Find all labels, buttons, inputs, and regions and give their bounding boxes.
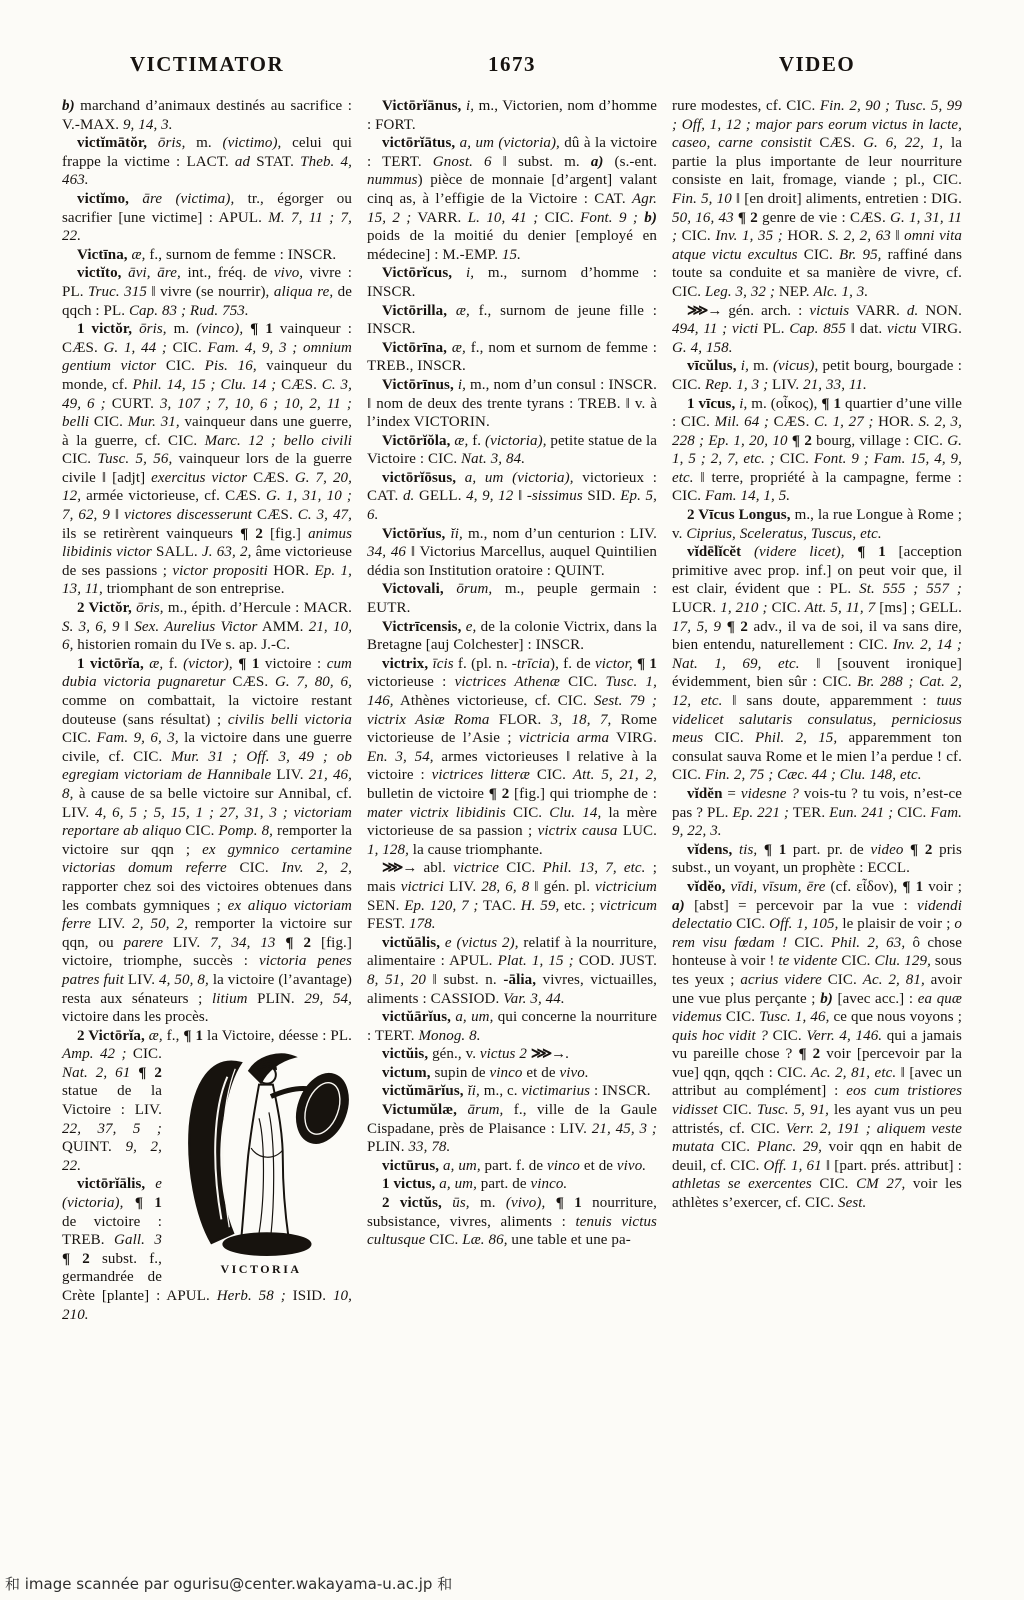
text-run: CIC. <box>156 358 204 374</box>
text-run: LIV. <box>124 972 159 988</box>
text-run: exercitus victor <box>151 470 247 486</box>
text-run: CIC. <box>530 767 573 783</box>
text-run: ils se retirèrent vainqueurs <box>62 526 240 542</box>
text-run: S. 2, 2, 63 <box>828 228 891 244</box>
text-run: G. 1, 44 ; <box>104 340 168 356</box>
dictionary-entry: victrix, īcis f. (pl. n. -trīcia), f. de… <box>367 655 657 860</box>
text-run: PLIN. <box>367 1139 408 1155</box>
dictionary-entry: 1 victŏr, ōris, m. (vinco), ¶ 1 vainqueu… <box>62 320 352 599</box>
text-run: (videre licet), <box>754 544 845 560</box>
text-run: part. pr. de <box>786 842 870 858</box>
text-run: LIV. <box>91 916 132 932</box>
winged-victory-drawing <box>171 1049 351 1257</box>
text-run: CIC. <box>677 228 715 244</box>
text-run: CÆS. <box>769 414 814 430</box>
text-run: et de <box>523 1065 560 1081</box>
text-run: CIC. <box>89 414 128 430</box>
text-run: 22, 37, 5 ; <box>62 1121 162 1137</box>
text-run: SALL. <box>152 544 202 560</box>
text-run: te vidente <box>778 953 837 969</box>
dictionary-entry: 2 Vīcus Longus, m., la rue Longue à Rome… <box>672 506 962 543</box>
text-run: a, um, <box>443 1158 481 1174</box>
text-run: a) <box>672 898 685 914</box>
text-run: Truc. 315 <box>88 284 147 300</box>
text-run: LIV. <box>271 767 308 783</box>
text-run: FEST. <box>367 916 409 932</box>
text-run: CIC. <box>798 247 839 263</box>
text-run: a, um (victoria), <box>465 470 574 486</box>
text-run: Tusc. 1, 46, <box>759 1009 829 1025</box>
text-run: ¶ 2 <box>138 1065 162 1081</box>
text-run: d. <box>403 488 414 504</box>
text-run: ĭi, <box>451 526 463 542</box>
text-run <box>545 1195 555 1211</box>
text-run: part. f. de <box>481 1158 547 1174</box>
text-run: gén. arch. : <box>721 303 809 319</box>
text-run: C. 1, 27 ; <box>814 414 873 430</box>
text-run: Ciprius, Sceleratus, Tuscus, etc. <box>686 526 881 542</box>
text-run: i, <box>466 98 474 114</box>
text-run: 1, 210 ; <box>720 600 767 616</box>
text-run: supin de <box>431 1065 490 1081</box>
text-run: St. 555 ; 557 ; <box>859 581 962 597</box>
text-run: CIC. <box>714 1139 757 1155</box>
text-run <box>457 1102 467 1118</box>
text-run: f., <box>163 1028 184 1044</box>
text-run: ¶ 1 <box>238 656 259 672</box>
dictionary-entry: 2 victŭs, ūs, m. (vivo), ¶ 1 nourriture,… <box>367 1194 657 1250</box>
text-run: Ep. 120, 7 ; <box>404 898 478 914</box>
entries-group: b) marchand d’animaux destinés au sacrif… <box>62 97 352 1027</box>
text-run: victu <box>887 321 917 337</box>
text-run: aliqua re, <box>274 284 333 300</box>
dictionary-entry: 2 Victŏr, ōris, m., épith. d’Hercule : M… <box>62 599 352 655</box>
text-run: Off. 1, 61 <box>764 1158 822 1174</box>
text-run: Clu. 14, <box>549 805 601 821</box>
text-run: la cause triomphante. <box>409 842 543 858</box>
text-run: Victōrīnus, <box>382 377 454 393</box>
text-run: Ep. 221 ; <box>732 805 789 821</box>
text-run: Plat. 1, 15 ; <box>498 953 574 969</box>
text-run: ¶ 1 <box>857 544 886 560</box>
dictionary-entry: ⋙→ gén. arch. : victuis VARR. d. NON. 49… <box>672 302 962 358</box>
text-run: ⋙→ <box>687 303 721 319</box>
text-run: ūs, <box>452 1195 469 1211</box>
dictionary-entry: vīcŭlus, i, m. (vicus), petit bourg, bou… <box>672 357 962 394</box>
text-run: victricium <box>595 879 657 895</box>
dictionary-entry: Victīna, æ, f., surnom de femme : INSCR. <box>62 246 352 265</box>
text-run: Inv. 2, 2, <box>281 860 352 876</box>
text-run: victoire : <box>259 656 326 672</box>
text-run: vĭdĕo, <box>687 879 726 895</box>
text-run: Victovali, <box>382 581 444 597</box>
text-run: -ālia, <box>503 972 536 988</box>
text-run: J. 63, 2, <box>202 544 251 560</box>
text-run: victricum <box>599 898 657 914</box>
text-run: a) <box>591 154 604 170</box>
text-run: victorieuse : <box>367 674 455 690</box>
text-run: historien romain du IVe s. ap. J.-C. <box>73 637 290 653</box>
dictionary-entry: Victōrĭānus, i, m., Victorien, nom d’hom… <box>367 97 657 134</box>
text-run: ¶ 2 <box>240 526 263 542</box>
text-run <box>732 842 739 858</box>
text-run: L. 10, 41 ; <box>468 210 539 226</box>
text-run: victrices litteræ <box>432 767 530 783</box>
text-run: TER. <box>789 805 829 821</box>
text-run: Fam. 9, 6, 3, <box>97 730 179 746</box>
column-1: b) marchand d’animaux destinés au sacrif… <box>62 97 352 1324</box>
text-run: Cap. 83 ; Rud. 753. <box>129 303 249 319</box>
dictionary-entry: Victovali, ōrum, m., peuple germain : EU… <box>367 580 657 617</box>
dictionary-entry: 1 victus, a, um, part. de vinco. <box>367 1175 657 1194</box>
entry-text: 2 Victōrĭa, æ, f., ¶ 1 la Victoire, <box>77 1028 275 1044</box>
victoria-illustration: VICTORIA <box>170 1049 352 1279</box>
text-run: ISID. <box>286 1288 333 1304</box>
text-run: Inv. 1, 35 ; <box>715 228 783 244</box>
text-run: gén., v. <box>428 1046 480 1062</box>
figure-caption: VICTORIA <box>170 1260 352 1279</box>
text-run: . <box>565 1046 569 1062</box>
text-run: = <box>723 786 741 802</box>
text-run: 9, 14, 3. <box>123 117 173 133</box>
text-run: 17, 5, 9 <box>672 619 721 635</box>
text-run: Eun. 241 ; <box>829 805 893 821</box>
text-run: [fig.] <box>263 526 308 542</box>
text-run: Sex. Aurelius Victor <box>134 619 257 635</box>
dictionary-entry: victŭālis, e (victus 2), relatif à la no… <box>367 934 657 1008</box>
text-run: Mur. 31, <box>128 414 180 430</box>
text-run: etc. ; <box>559 898 599 914</box>
text-run: ¶ 2 <box>489 786 510 802</box>
text-run: LIV. <box>163 935 210 951</box>
text-run: [ms] ; GELL. <box>875 600 962 616</box>
text-run <box>442 1195 452 1211</box>
text-run: 1 victus, <box>382 1176 435 1192</box>
text-run: victōrĭātus, <box>382 135 455 151</box>
text-run: [abst] = percevoir par la vue : <box>685 898 917 914</box>
text-run: Gall. 3 <box>114 1232 162 1248</box>
text-run: victūrus, <box>382 1158 439 1174</box>
text-run: ), f. de <box>550 656 595 672</box>
text-run: m., épith. d’Hercule : MACR. <box>164 600 352 616</box>
text-run: 7, 34, 13 <box>210 935 275 951</box>
text-run: f., surnom de femme : INSCR. <box>145 247 336 263</box>
text-run: īcis <box>432 656 453 672</box>
text-run: HOR. <box>873 414 918 430</box>
text-run: victor, <box>595 656 633 672</box>
text-run: ¶ 2 <box>62 1251 90 1267</box>
text-run: 2 Victŏr, <box>77 600 132 616</box>
text-run: : INSCR. <box>590 1083 651 1099</box>
text-run: CÆS. <box>247 470 295 486</box>
text-run: 33, 78. <box>408 1139 450 1155</box>
text-run: victrices Athenæ <box>455 674 560 690</box>
text-run: ce que nous voyons ; <box>829 1009 962 1025</box>
text-run <box>447 303 456 319</box>
text-run: ¶ 2 <box>727 619 748 635</box>
dictionary-page-body: b) marchand d’animaux destinés au sacrif… <box>0 77 1024 1324</box>
text-run: a, um (victoria), <box>460 135 560 151</box>
text-run: athletas se exercentes <box>672 1176 812 1192</box>
text-run: CIC. <box>227 860 282 876</box>
text-run: AMM. <box>257 619 308 635</box>
text-run: CIC. <box>506 805 549 821</box>
text-run: CIC. <box>722 1009 759 1025</box>
text-run: Victōrĭus, <box>382 526 445 542</box>
text-run: victĭto, <box>77 265 122 281</box>
text-run: Nat. 3, 84. <box>461 451 525 467</box>
text-run: victus 2 <box>480 1046 527 1062</box>
page-number: 1673 <box>367 52 657 77</box>
text-run: æ, <box>454 433 468 449</box>
text-run: a, um, <box>439 1176 477 1192</box>
text-run: 1 vīcus, <box>687 396 735 412</box>
text-run: Mil. 64 ; <box>715 414 769 430</box>
text-run: C. 3, 47, <box>298 507 352 523</box>
text-run: e <box>155 1176 162 1192</box>
text-run: vīcŭlus, <box>687 358 737 374</box>
text-run: victĭmo, <box>77 191 129 207</box>
dictionary-entry: b) marchand d’animaux destinés au sacrif… <box>62 97 352 134</box>
text-run: videsne ? <box>741 786 799 802</box>
text-run: æ, <box>132 247 146 263</box>
text-run: m. <box>185 135 222 151</box>
text-run: victrix causa <box>538 823 618 839</box>
text-run <box>845 544 858 560</box>
text-run: (vicus), <box>773 358 818 374</box>
text-run: victōrĭālis, <box>77 1176 145 1192</box>
text-run: i, <box>466 265 474 281</box>
text-run: æ, <box>456 303 470 319</box>
text-run: CIC. <box>768 600 805 616</box>
text-run: ¶ 2 <box>792 433 812 449</box>
dictionary-entry: victum, supin de vinco et de vivo. <box>367 1064 657 1083</box>
text-run: CIC. <box>181 823 218 839</box>
text-run: SID. <box>583 488 620 504</box>
text-run: b) <box>820 991 833 1007</box>
text-run: ¶ 1 <box>556 1195 582 1211</box>
text-run: victum, <box>382 1065 431 1081</box>
text-run: 2 victŭs, <box>382 1195 442 1211</box>
text-run: S. 3, 6, 9 <box>62 619 120 635</box>
text-run: ‖ <box>891 228 904 244</box>
text-run: armée victorieuse, cf. CÆS. <box>81 488 266 504</box>
text-run: d. <box>907 303 918 319</box>
text-run: CIC. <box>560 674 606 690</box>
text-run: victi <box>732 321 758 337</box>
text-run: (cf. εἶδον), <box>826 879 903 895</box>
text-run <box>757 842 764 858</box>
text-run: Br. 95, <box>839 247 882 263</box>
text-run: ¶ 1 <box>821 396 841 412</box>
text-run: ¶ 1 <box>902 879 923 895</box>
text-run: Herb. 58 ; <box>217 1288 286 1304</box>
text-run: ‖ <box>110 507 124 523</box>
text-run: 21, 45, 3 ; <box>592 1121 657 1137</box>
text-run: CIC. <box>822 972 863 988</box>
text-run: (victoria), <box>62 1195 124 1211</box>
text-run: Amp. 42 ; <box>62 1046 127 1062</box>
text-run: VIRG. <box>917 321 962 337</box>
text-run: victŭālis, <box>382 935 440 951</box>
text-run: le plaisir de voir ; <box>838 916 954 932</box>
text-run: Leg. 3, 32 ; <box>705 284 775 300</box>
text-run: Fin. 2, 75 ; Cæc. 44 ; Clu. 148, etc. <box>705 767 922 783</box>
dictionary-entry: victĭmo, āre (victima), tr., égorger ou … <box>62 190 352 246</box>
text-run: 1 victŏr, <box>77 321 132 337</box>
text-run: 1 victōrĭa, <box>77 656 144 672</box>
text-run: Marc. 12 ; bello civili <box>205 433 352 449</box>
text-run: NON. <box>918 303 962 319</box>
text-run: ārum, <box>467 1102 503 1118</box>
text-run: quis hoc vidit ? <box>672 1028 768 1044</box>
dictionary-entry: victōrĭātus, a, um (victoria), dû à la v… <box>367 134 657 264</box>
text-run: G. 4, 158. <box>672 340 733 356</box>
text-run <box>741 544 754 560</box>
dictionary-entry: victŭmārĭus, ĭi, m., c. victimarius : IN… <box>367 1082 657 1101</box>
text-run: HOR. <box>268 563 315 579</box>
text-run: Font. 9 ; <box>580 210 638 226</box>
text-run <box>452 265 466 281</box>
text-run <box>456 470 465 486</box>
text-run: CIC. <box>787 935 831 951</box>
text-run: Att. 5, 21, 2, <box>573 767 657 783</box>
text-run: Fam. 14, 1, 5. <box>705 488 790 504</box>
text-run: e (victus 2), <box>445 935 519 951</box>
text-run: m. <box>749 358 773 374</box>
text-run: vivo. <box>617 1158 646 1174</box>
text-run: CIC. <box>812 1176 856 1192</box>
text-run: CIC. <box>732 916 769 932</box>
text-run: (vinco), <box>196 321 243 337</box>
text-run: æ, <box>149 656 163 672</box>
text-run: victor propositi <box>172 563 267 579</box>
text-run: genre de vie : CÆS. <box>758 210 890 226</box>
text-run: la Victoire, <box>203 1028 275 1044</box>
text-run: æ, <box>452 340 466 356</box>
text-run: acrius videre <box>740 972 821 988</box>
text-run: m., nom d’un centurion : LIV. <box>463 526 657 542</box>
text-run: LIV. <box>444 879 481 895</box>
text-run: ‖ subst. n. <box>426 972 503 988</box>
text-run: ¶ 1 <box>637 656 657 672</box>
text-run: 2 Vīcus Longus, <box>687 507 791 523</box>
header-left-keyword: VICTIMATOR <box>62 52 352 77</box>
text-run: b) <box>62 98 75 114</box>
text-run: victŭis, <box>382 1046 428 1062</box>
text-run: Sest. <box>838 1195 866 1211</box>
text-run: NEP. <box>775 284 814 300</box>
text-run: CIC. <box>62 730 97 746</box>
text-run: m. <box>167 321 197 337</box>
text-run: ¶ 1 <box>764 842 786 858</box>
text-run: HOR. <box>783 228 828 244</box>
text-run: PLIN. <box>248 991 305 1007</box>
text-run: LUC. <box>618 823 658 839</box>
text-run: COD. JUST. <box>574 953 657 969</box>
text-run: Victōrīna, <box>382 340 447 356</box>
text-run: int., fréq. de <box>181 265 274 281</box>
text-run: Rep. 1, 3 ; <box>705 377 768 393</box>
text-run: Phil. 13, 7, etc. <box>543 860 646 876</box>
text-run <box>129 191 142 207</box>
dictionary-entry: Victōrilla, æ, f., surnom de jeune fille… <box>367 302 657 339</box>
text-run <box>124 1195 135 1211</box>
text-run: ōris, <box>136 600 164 616</box>
text-run: ad <box>235 154 250 170</box>
text-run: Clu. 129, <box>875 953 931 969</box>
text-run: GELL. <box>414 488 466 504</box>
text-run: Victīna, <box>77 247 128 263</box>
text-run: Tusc. 5, 91, <box>757 1102 829 1118</box>
text-run: 21, 33, 11. <box>803 377 867 393</box>
text-run: ‖ <box>120 619 135 635</box>
dictionary-entry: vĭdēlĭcĕt (videre licet), ¶ 1 [acception… <box>672 543 962 785</box>
text-run: Gnost. 6 <box>433 154 492 170</box>
text-run: victōrĭōsus, <box>382 470 456 486</box>
text-run: (s.-ent. <box>604 154 657 170</box>
dictionary-entry: rure modestes, cf. CIC. Fin. 2, 90 ; Tus… <box>672 97 962 302</box>
text-run: SEN. <box>367 898 404 914</box>
dictionary-entry: ⋙→ abl. victrice CIC. Phil. 13, 7, etc. … <box>367 859 657 933</box>
dictionary-entry: victōrĭōsus, a, um (victoria), victorieu… <box>367 469 657 525</box>
dictionary-entry: Victrīcensis, e, de la colonie Victrix, … <box>367 618 657 655</box>
text-run: bulletin de victoire <box>367 786 489 802</box>
text-run: QUINT. <box>62 1139 126 1155</box>
text-run: victŭmārĭus, <box>382 1083 464 1099</box>
text-run: (victor), <box>183 656 233 672</box>
text-run: Victōrilla, <box>382 303 447 319</box>
text-run: f. (pl. n. <box>454 656 512 672</box>
dictionary-entry: 1 victōrĭa, æ, f. (victor), ¶ 1 victoire… <box>62 655 352 1027</box>
dictionary-entry-victoria-goddess: 2 Victōrĭa, æ, f., ¶ 1 la Victoire, <box>62 1027 352 1176</box>
text-run <box>147 135 158 151</box>
text-run: CIC. <box>768 1028 806 1044</box>
text-run: e, <box>466 619 477 635</box>
dictionary-entry: vĭdens, tis, ¶ 1 part. pr. de video ¶ 2 … <box>672 841 962 878</box>
text-run: 3, 18, 7, <box>551 712 612 728</box>
header-right-keyword: VIDEO <box>672 52 962 77</box>
text-run: Att. 5, 11, 7 <box>805 600 876 616</box>
text-run: CIC. <box>62 451 97 467</box>
text-run: Off. 1, 105, <box>769 916 838 932</box>
dictionary-entry: Victōrīna, æ, f., nom et surnom de femme… <box>367 339 657 376</box>
dictionary-entry: Victōrīnus, i, m., nom d’un consul : INS… <box>367 376 657 432</box>
text-run: āvi, āre, <box>128 265 181 281</box>
text-run: ‖ <box>513 488 526 504</box>
text-run: CÆS. <box>812 135 863 151</box>
text-run: Victōrĭŏla, <box>382 433 450 449</box>
text-run: Ac. 2, 81, etc. <box>811 1065 896 1081</box>
text-run: 15. <box>502 247 521 263</box>
text-run: Verr. 4, 146. <box>806 1028 882 1044</box>
dictionary-entry: victūrus, a, um, part. f. de vinco et de… <box>367 1157 657 1176</box>
text-run: [fig.] qui triomphe de : <box>509 786 657 802</box>
text-run: CIC. <box>425 1232 462 1248</box>
column-2: Victōrĭānus, i, m., Victorien, nom d’hom… <box>367 97 657 1324</box>
text-run: Victōrĭānus, <box>382 98 461 114</box>
text-run: ¶ 2 <box>910 842 932 858</box>
text-run: CIC. <box>703 730 755 746</box>
text-run: vĭdens, <box>687 842 732 858</box>
text-run: CÆS. <box>226 674 275 690</box>
text-run: Phil. 14, 15 ; Clu. 14 ; <box>133 377 277 393</box>
text-run: ¶ 1 <box>183 1028 203 1044</box>
text-run: Phil. 2, 63, <box>831 935 905 951</box>
text-run: triomphant de son entreprise. <box>103 581 285 597</box>
text-run <box>276 935 286 951</box>
text-run: voir ; <box>923 879 962 895</box>
